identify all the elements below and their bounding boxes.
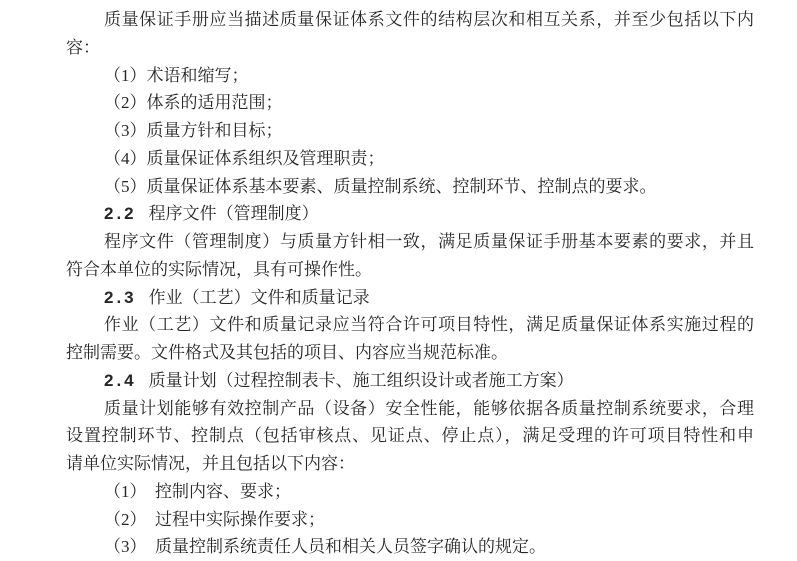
section-number: 2.3 bbox=[104, 288, 137, 307]
paragraph-line: 控制需要。文件格式及其包括的项目、内容应当规范标准。 bbox=[66, 339, 754, 367]
list-item: （3） 质量控制系统责任人员和相关人员签字确认的规定。 bbox=[66, 533, 754, 561]
section-heading: 2.3作业（工艺）文件和质量记录 bbox=[66, 284, 754, 312]
section-title: 程序文件（管理制度） bbox=[149, 204, 319, 223]
section-heading: 2.4质量计划（过程控制表卡、施工组织设计或者施工方案） bbox=[66, 367, 754, 395]
list-item: （5）质量保证体系基本要素、质量控制系统、控制环节、控制点的要求。 bbox=[66, 173, 754, 201]
paragraph-line: 程序文件（管理制度）与质量方针相一致，满足质量保证手册基本要素的要求，并且 bbox=[66, 228, 754, 256]
section-heading: 2.2程序文件（管理制度） bbox=[66, 200, 754, 228]
paragraph-line: 设置控制环节、控制点（包括审核点、见证点、停止点），满足受理的许可项目特性和申 bbox=[66, 422, 754, 450]
list-item: （1） 控制内容、要求； bbox=[66, 478, 754, 506]
paragraph-line: 符合本单位的实际情况，具有可操作性。 bbox=[66, 256, 754, 284]
paragraph-line: 容： bbox=[66, 34, 754, 62]
list-item: （1）术语和缩写； bbox=[66, 62, 754, 90]
paragraph-line: 作业（工艺）文件和质量记录应当符合许可项目特性，满足质量保证体系实施过程的 bbox=[66, 311, 754, 339]
section-title: 质量计划（过程控制表卡、施工组织设计或者施工方案） bbox=[149, 371, 574, 390]
list-item: （4）质量保证体系组织及管理职责； bbox=[66, 145, 754, 173]
list-item: （2） 过程中实际操作要求； bbox=[66, 506, 754, 534]
section-number: 2.4 bbox=[104, 371, 137, 390]
paragraph-line: 质量计划能够有效控制产品（设备）安全性能，能够依据各质量控制系统要求，合理 bbox=[66, 395, 754, 423]
paragraph-line: 请单位实际情况，并且包括以下内容： bbox=[66, 450, 754, 478]
paragraph-line: 质量保证手册应当描述质量保证体系文件的结构层次和相互关系，并至少包括以下内 bbox=[66, 6, 754, 34]
section-title: 作业（工艺）文件和质量记录 bbox=[149, 288, 370, 307]
section-number: 2.2 bbox=[104, 204, 137, 223]
document-page: 质量保证手册应当描述质量保证体系文件的结构层次和相互关系，并至少包括以下内 容：… bbox=[0, 0, 797, 561]
list-item: （3）质量方针和目标； bbox=[66, 117, 754, 145]
list-item: （2）体系的适用范围； bbox=[66, 89, 754, 117]
